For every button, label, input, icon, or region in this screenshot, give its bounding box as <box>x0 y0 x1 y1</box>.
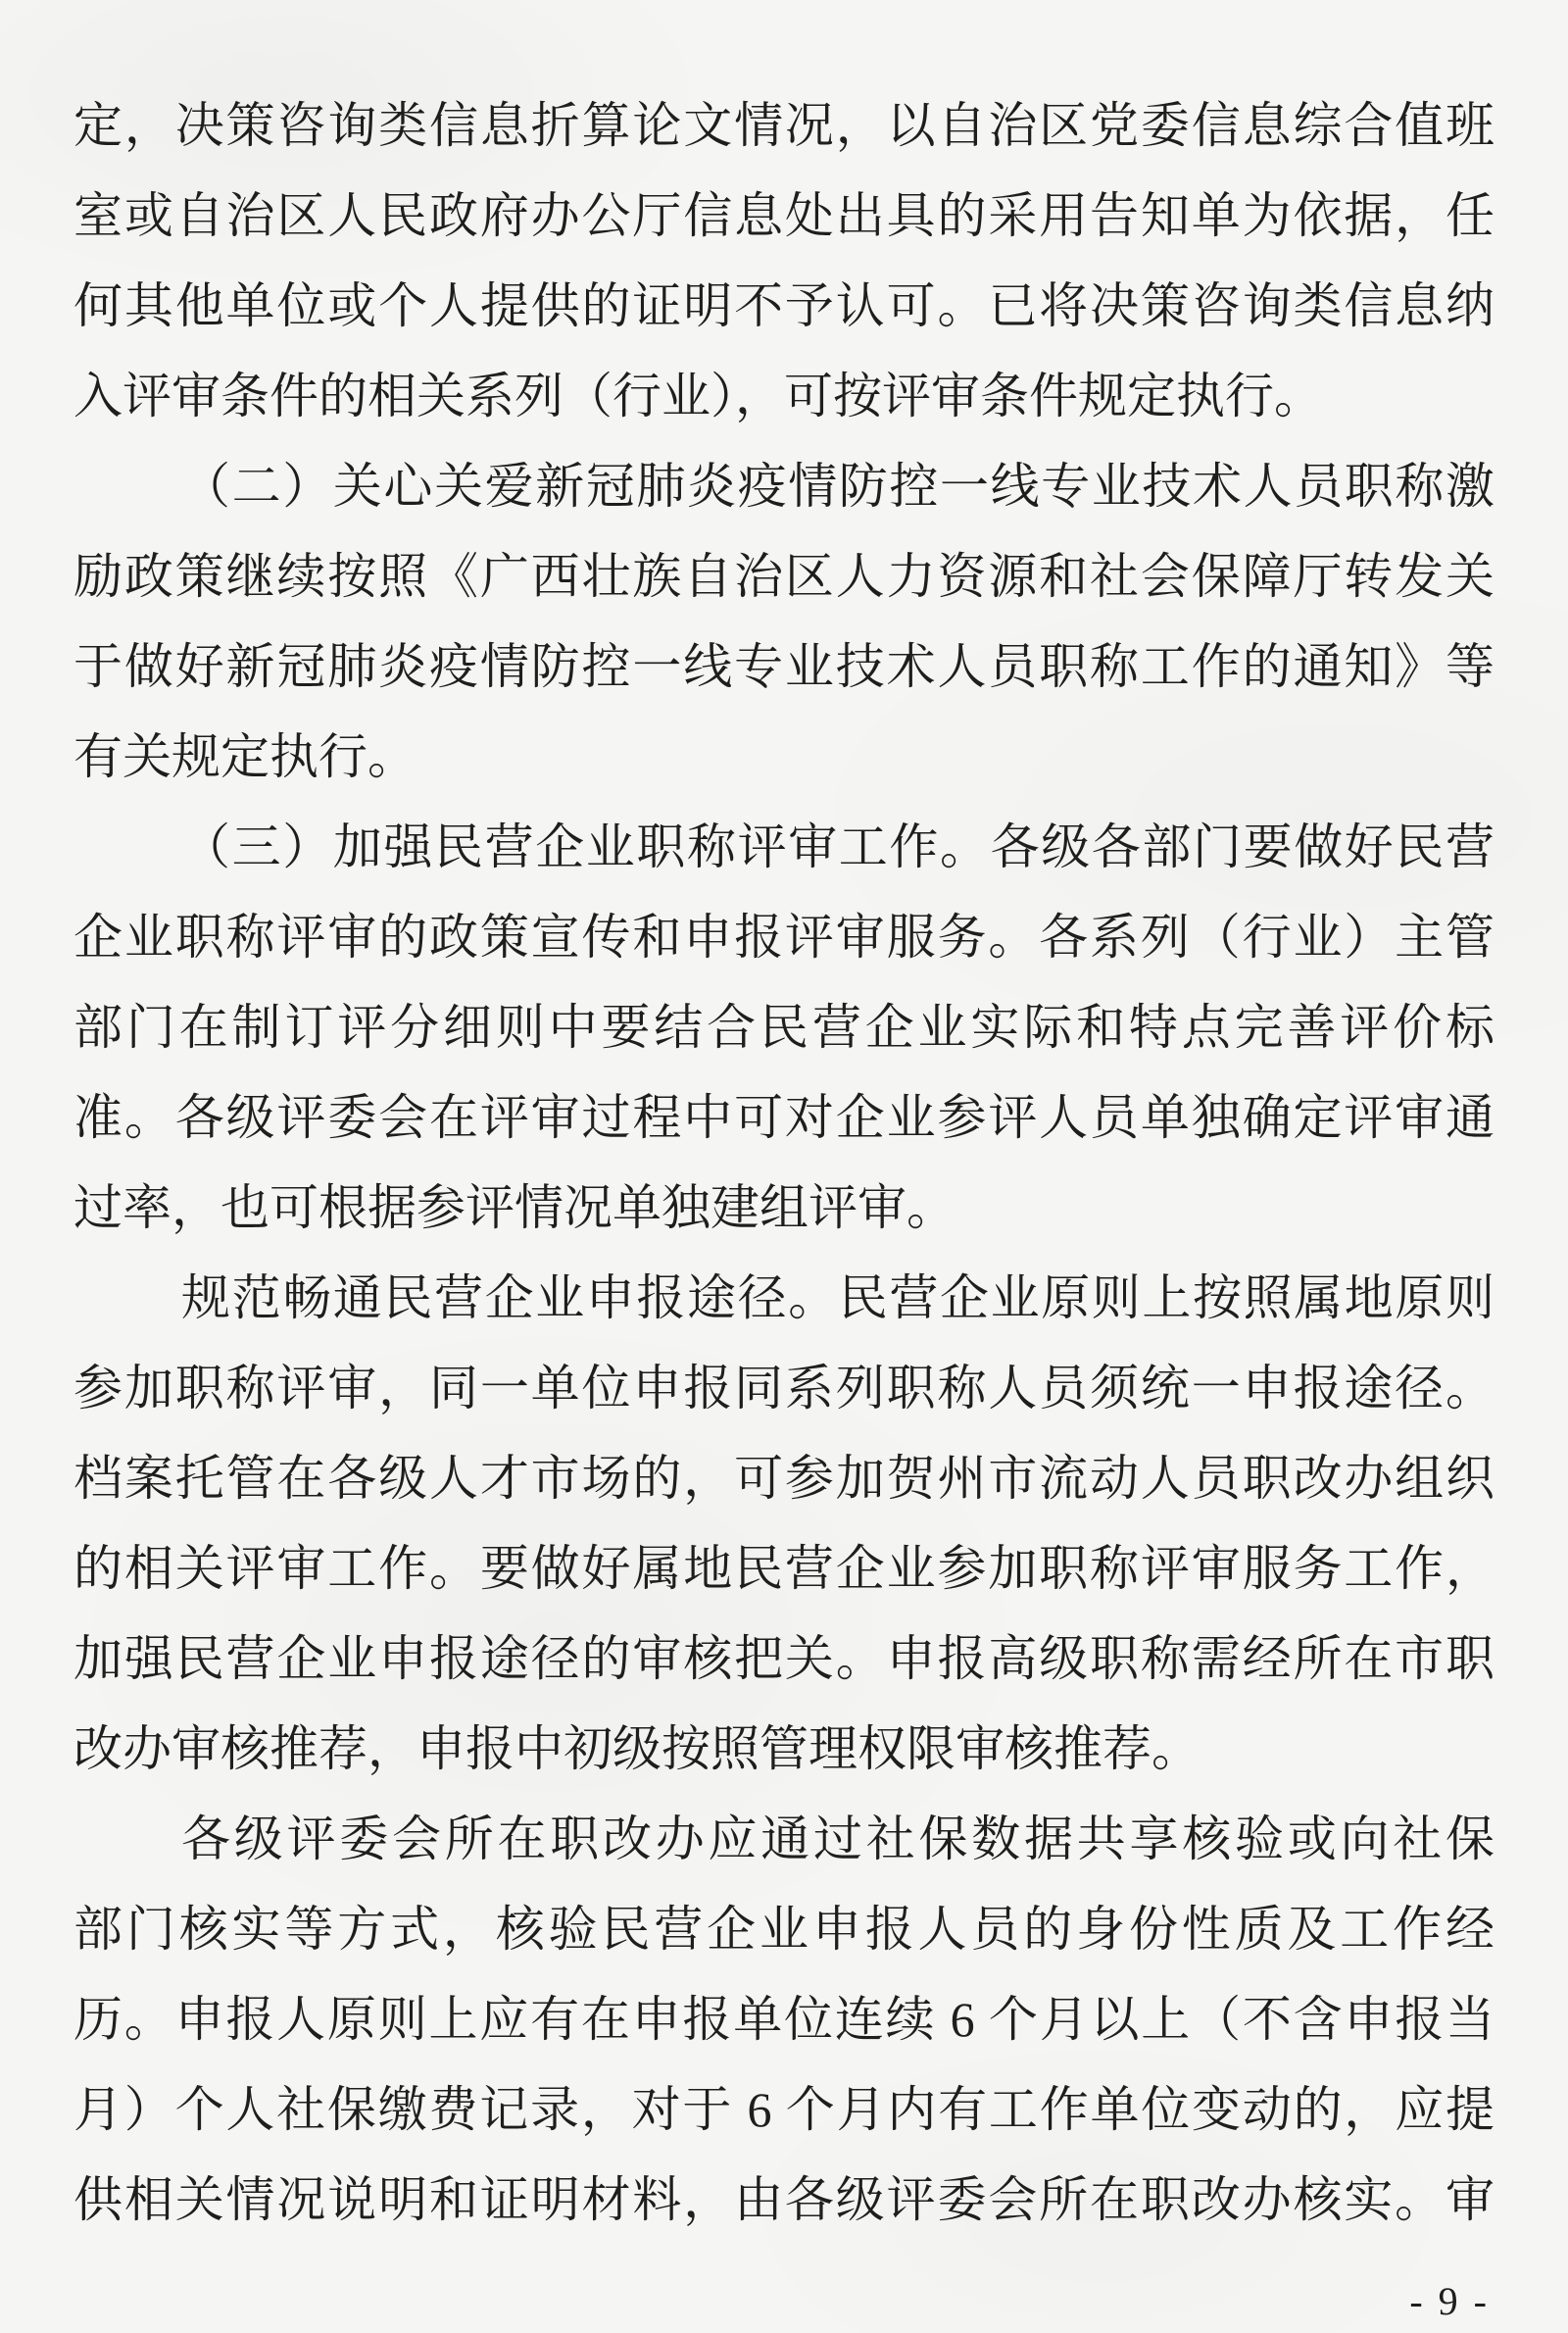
text-line: 励政策继续按照《广西壮族自治区人力资源和社会保障厅转发关 <box>73 531 1494 621</box>
text-line: 改办审核推荐，申报中初级按照管理权限审核推荐。 <box>73 1704 1494 1794</box>
text-line: 供相关情况说明和证明材料，由各级评委会所在职改办核实。审 <box>73 2155 1494 2245</box>
text-line: 有关规定执行。 <box>73 712 1494 802</box>
text-line: 定，决策咨询类信息折算论文情况，以自治区党委信息综合值班 <box>73 80 1494 171</box>
text-line: 规范畅通民营企业申报途径。民营企业原则上按照属地原则 <box>73 1253 1494 1343</box>
text-line: 历。申报人原则上应有在申报单位连续 6 个月以上（不含申报当 <box>73 1974 1494 2064</box>
text-line: （二）关心关爱新冠肺炎疫情防控一线专业技术人员职称激 <box>73 441 1494 531</box>
text-line: 的相关评审工作。要做好属地民营企业参加职称评审服务工作， <box>73 1523 1494 1613</box>
text-line: 档案托管在各级人才市场的，可参加贺州市流动人员职改办组织 <box>73 1433 1494 1523</box>
text-line: 入评审条件的相关系列（行业），可按评审条件规定执行。 <box>73 351 1494 441</box>
text-line: 部门在制订评分细则中要结合民营企业实际和特点完善评价标 <box>73 982 1494 1072</box>
text-line: 于做好新冠肺炎疫情防控一线专业技术人员职称工作的通知》等 <box>73 621 1494 712</box>
text-line: 过率，也可根据参评情况单独建组评审。 <box>73 1163 1494 1253</box>
text-line: 部门核实等方式，核验民营企业申报人员的身份性质及工作经 <box>73 1884 1494 1974</box>
text-line: 何其他单位或个人提供的证明不予认可。已将决策咨询类信息纳 <box>73 261 1494 351</box>
body-text: 定，决策咨询类信息折算论文情况，以自治区党委信息综合值班 室或自治区人民政府办公… <box>73 80 1494 2245</box>
text-line: 企业职称评审的政策宣传和申报评审服务。各系列（行业）主管 <box>73 892 1494 982</box>
text-line: 准。各级评委会在评审过程中可对企业参评人员单独确定评审通 <box>73 1072 1494 1163</box>
text-line: 加强民营企业申报途径的审核把关。申报高级职称需经所在市职 <box>73 1613 1494 1704</box>
text-line: 月）个人社保缴费记录，对于 6 个月内有工作单位变动的，应提 <box>73 2064 1494 2155</box>
text-line: 室或自治区人民政府办公厅信息处出具的采用告知单为依据，任 <box>73 171 1494 261</box>
text-line: 各级评委会所在职改办应通过社保数据共享核验或向社保 <box>73 1794 1494 1884</box>
text-line: （三）加强民营企业职称评审工作。各级各部门要做好民营 <box>73 802 1494 892</box>
text-line: 参加职称评审，同一单位申报同系列职称人员须统一申报途径。 <box>73 1343 1494 1433</box>
page-number: - 9 - <box>1409 2280 1490 2323</box>
